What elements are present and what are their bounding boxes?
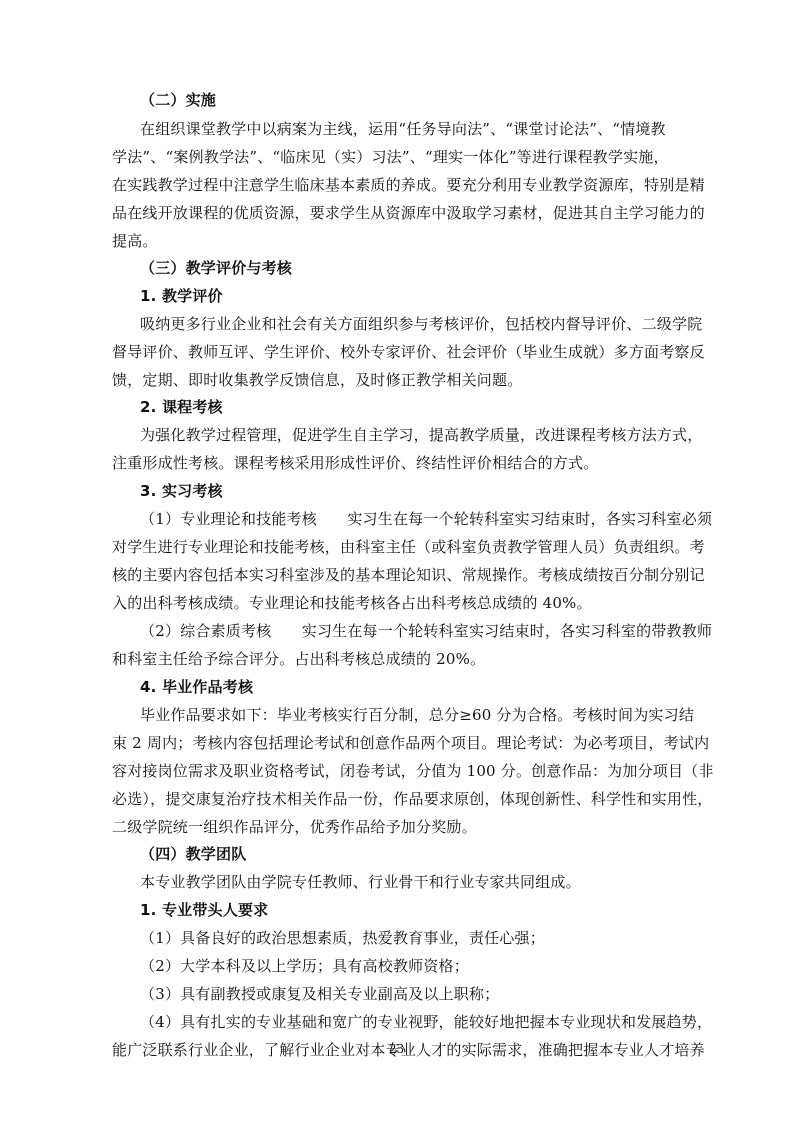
paragraph-line: 学法”、“案例教学法”、“临床见（实）习法”、“理实一体化”等进行课程教学实施， bbox=[112, 147, 692, 167]
paragraph-line: 提高。 bbox=[112, 231, 692, 251]
paragraph-line: 必选），提交康复治疗技术相关作品一份，作品要求原创，体现创新性、科学性和实用性， bbox=[112, 789, 692, 809]
page-number: 23 bbox=[0, 1042, 793, 1056]
section-heading: （三）教学评价与考核 bbox=[140, 258, 720, 278]
paragraph-line: 督导评价、教师互评、学生评价、校外专家评价、社会评价（毕业生成就）多方面考察反 bbox=[112, 342, 692, 362]
document-page: （二）实施在组织课堂教学中以病案为主线，运用“任务导向法”、“课堂讨论法”、“情… bbox=[0, 0, 793, 1122]
paragraph-line: （2）大学本科及以上学历；具有高校教师资格； bbox=[140, 956, 720, 976]
paragraph-line: 束 2 周内；考核内容包括理论考试和创意作品两个项目。理论考试：为必考项目，考试… bbox=[112, 733, 692, 753]
paragraph-line: 馈，定期、即时收集教学反馈信息，及时修正教学相关问题。 bbox=[112, 370, 692, 390]
paragraph-line: 二级学院统一组织作品评分，优秀作品给予加分奖励。 bbox=[112, 817, 692, 837]
section-heading: 4. 毕业作品考核 bbox=[140, 677, 720, 697]
paragraph-line: 在组织课堂教学中以病案为主线，运用“任务导向法”、“课堂讨论法”、“情境教 bbox=[140, 119, 720, 139]
section-heading: 1. 专业带头人要求 bbox=[140, 900, 720, 920]
paragraph-line: 入的出科考核成绩。专业理论和技能考核各占出科考核总成绩的 40%。 bbox=[112, 593, 692, 613]
section-heading: （四）教学团队 bbox=[140, 844, 720, 864]
paragraph-line: 容对接岗位需求及职业资格考试，闭卷考试，分值为 100 分。创意作品：为加分项目… bbox=[112, 761, 692, 781]
paragraph-line: 本专业教学团队由学院专任教师、行业骨干和行业专家共同组成。 bbox=[140, 872, 720, 892]
paragraph-line: （4）具有扎实的专业基础和宽广的专业视野，能较好地把握本专业现状和发展趋势， bbox=[140, 1012, 720, 1032]
paragraph-line: （3）具有副教授或康复及相关专业副高及以上职称； bbox=[140, 984, 720, 1004]
paragraph-line: 在实践教学过程中注意学生临床基本素质的养成。要充分利用专业教学资源库，特别是精 bbox=[112, 175, 692, 195]
section-heading: （二）实施 bbox=[140, 90, 720, 110]
paragraph-line: 品在线开放课程的优质资源，要求学生从资源库中汲取学习素材，促进其自主学习能力的 bbox=[112, 203, 692, 223]
section-heading: 2. 课程考核 bbox=[140, 397, 720, 417]
paragraph-line: （1）具备良好的政治思想素质，热爱教育事业，责任心强； bbox=[140, 928, 720, 948]
paragraph-line: 为强化教学过程管理，促进学生自主学习，提高教学质量，改进课程考核方法方式， bbox=[140, 425, 720, 445]
section-heading: 1. 教学评价 bbox=[140, 286, 720, 306]
section-heading: 3. 实习考核 bbox=[140, 481, 720, 501]
paragraph-line: 吸纳更多行业企业和社会有关方面组织参与考核评价，包括校内督导评价、二级学院 bbox=[140, 314, 720, 334]
paragraph-line: （1）专业理论和技能考核 实习生在每一个轮转科室实习结束时，各实习科室必须 bbox=[140, 509, 720, 529]
paragraph-line: 毕业作品要求如下：毕业考核实行百分制，总分≥60 分为合格。考核时间为实习结 bbox=[140, 705, 720, 725]
paragraph-line: 对学生进行专业理论和技能考核，由科室主任（或科室负责教学管理人员）负责组织。考 bbox=[112, 537, 692, 557]
paragraph-line: 和科室主任给予综合评分。占出科考核总成绩的 20%。 bbox=[112, 649, 692, 669]
paragraph-line: 注重形成性考核。课程考核采用形成性评价、终结性评价相结合的方式。 bbox=[112, 453, 692, 473]
paragraph-line: 核的主要内容包括本实习科室涉及的基本理论知识、常规操作。考核成绩按百分制分别记 bbox=[112, 565, 692, 585]
paragraph-line: （2）综合素质考核 实习生在每一个轮转科室实习结束时，各实习科室的带教教师 bbox=[140, 621, 720, 641]
